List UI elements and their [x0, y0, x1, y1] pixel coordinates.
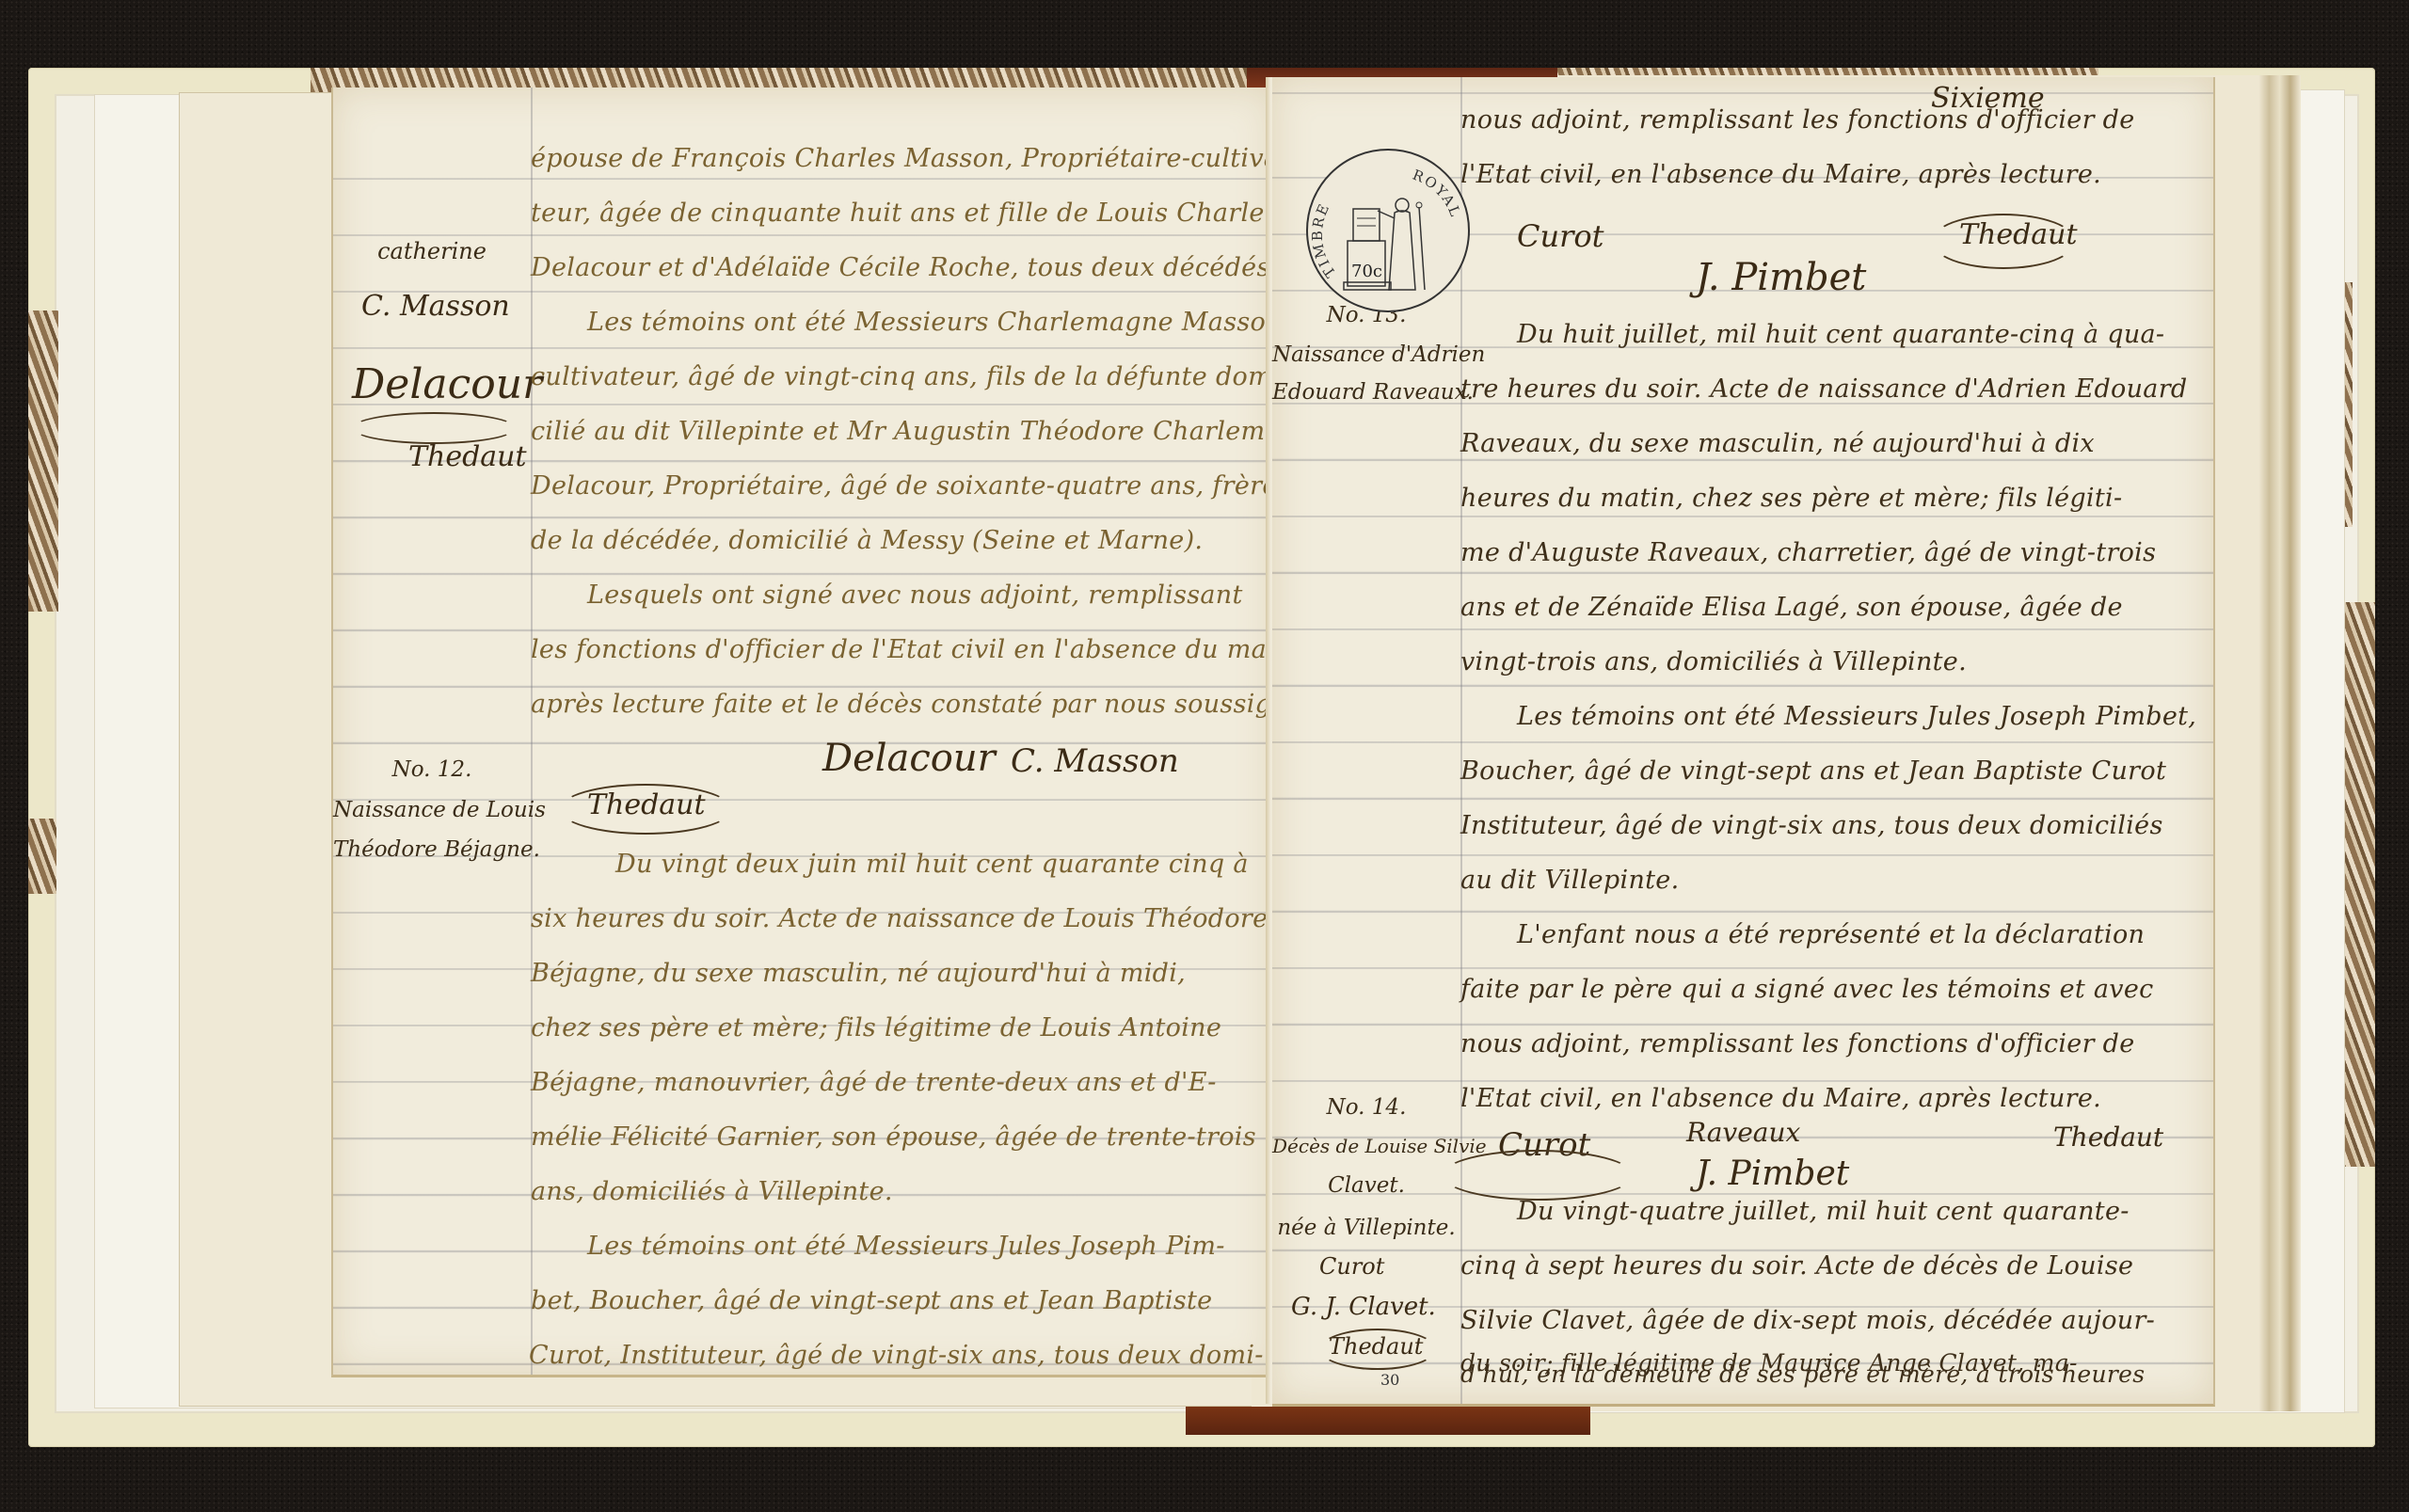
text-line: Les témoins ont été Messieurs Jules Jose…	[1517, 702, 2196, 731]
signature: Delacour	[822, 737, 996, 780]
text-line: Béjagne, manouvrier, âgé de trente-deux …	[531, 1068, 1217, 1097]
margin-correction: catherine	[343, 238, 521, 264]
text-line: Instituteur, âgé de vingt-six ans, tous …	[1460, 811, 2163, 840]
spine-leather-bottom	[1186, 1407, 1590, 1435]
text-line: au dit Villepinte.	[1460, 866, 1679, 895]
margin-note: née à Villepinte.	[1272, 1216, 1460, 1240]
signature: C. Masson	[1011, 742, 1179, 780]
signature: J. Pimbet	[1696, 1154, 1849, 1193]
text-line: L'enfant nous a été représenté et la déc…	[1517, 920, 2145, 949]
text-line: nous adjoint, remplissant les fonctions …	[1460, 1029, 2135, 1058]
signature: Curot	[1517, 218, 1604, 254]
left-page: catherine C. Masson Delacour Thedaut No.…	[331, 88, 1274, 1377]
text-line: l'Etat civil, en l'absence du Maire, apr…	[1460, 160, 2101, 189]
text-line: cultivateur, âgé de vingt-cinq ans, fils…	[531, 362, 1289, 391]
svg-text:ROYAL: ROYAL	[1410, 167, 1464, 221]
text-line: ans et de Zénaïde Elisa Lagé, son épouse…	[1460, 593, 2123, 622]
text-line: Du vingt-quatre juillet, mil huit cent q…	[1517, 1197, 2130, 1226]
signature-flourish	[352, 412, 516, 444]
text-line: nous adjoint, remplissant les fonctions …	[1460, 105, 2135, 135]
text-line: chez ses père et mère; fils légitime de …	[531, 1013, 1221, 1042]
margin-signature: Delacour	[352, 360, 542, 408]
text-line: Du huit juillet, mil huit cent quarante-…	[1517, 320, 2164, 349]
margin-signature: Curot	[1319, 1253, 1384, 1280]
text-line: après lecture faite et le décès constaté…	[531, 690, 1312, 719]
signature-flourish	[1931, 214, 2076, 269]
text-line: les fonctions d'officier de l'Etat civil…	[531, 635, 1311, 664]
entry-number: No. 14.	[1272, 1095, 1460, 1120]
entry-title: Naissance d'Adrien	[1272, 342, 1460, 367]
text-line: Les témoins ont été Messieurs Charlemagn…	[587, 308, 1283, 337]
stamp-emblem-icon: TIMBRE ROYAL	[1308, 151, 1468, 310]
text-line: vingt-trois ans, domiciliés à Villepinte…	[1460, 647, 1967, 676]
entry-title: Théodore Béjagne.	[333, 837, 531, 862]
entry-title: Naissance de Louis	[333, 798, 531, 822]
margin-signature: G. J. Clavet.	[1291, 1293, 1436, 1321]
text-line: de la décédée, domicilié à Messy (Seine …	[531, 526, 1203, 555]
text-line: Curot, Instituteur, âgé de vingt-six ans…	[529, 1341, 1264, 1370]
marbled-binding-left-lower	[28, 819, 56, 894]
marbled-binding-left	[28, 310, 58, 612]
text-line: Boucher, âgé de vingt-sept ans et Jean B…	[1460, 756, 2166, 786]
signature: Thedaut	[2053, 1122, 2163, 1153]
text-line: ans, domiciliés à Villepinte.	[531, 1177, 893, 1206]
entry-number: No. 12.	[333, 757, 531, 782]
text-line: tre heures du soir. Acte de naissance d'…	[1460, 374, 2188, 404]
text-line: l'Etat civil, en l'absence du Maire, apr…	[1460, 1084, 2101, 1113]
text-line: épouse de François Charles Masson, Propr…	[531, 144, 1288, 173]
signature-flourish	[1319, 1329, 1436, 1370]
page-number: 30	[1380, 1371, 1399, 1389]
signature-flourish	[559, 784, 732, 835]
text-line: Béjagne, du sexe masculin, né aujourd'hu…	[531, 959, 1186, 988]
text-line: faite par le père qui a signé avec les t…	[1460, 975, 2154, 1004]
text-line: du soir; fille légitime de Maurice Ange …	[1460, 1349, 2078, 1377]
stamp-value: 70c	[1351, 262, 1382, 281]
margin-signature: C. Masson	[361, 290, 510, 323]
text-line: Delacour, Propriétaire, âgé de soixante-…	[531, 471, 1278, 501]
text-line: me d'Auguste Raveaux, charretier, âgé de…	[1460, 538, 2156, 567]
royal-tax-stamp: TIMBRE ROYAL 70c	[1306, 149, 1470, 312]
text-line: heures du matin, chez ses père et mère; …	[1460, 484, 2122, 513]
text-line: Lesquels ont signé avec nous adjoint, re…	[587, 581, 1243, 610]
text-line: Delacour et d'Adélaïde Cécile Roche, tou…	[531, 253, 1279, 282]
text-line: cilié au dit Villepinte et Mr Augustin T…	[531, 417, 1329, 446]
text-line: Raveaux, du sexe masculin, né aujourd'hu…	[1460, 429, 2095, 458]
signature-flourish	[1442, 1150, 1634, 1201]
text-line: Silvie Clavet, âgée de dix-sept mois, dé…	[1460, 1306, 2155, 1335]
signature: J. Pimbet	[1696, 256, 1866, 299]
entry-title: Edouard Raveaux.	[1272, 380, 1460, 405]
text-line: bet, Boucher, âgé de vingt-sept ans et J…	[531, 1286, 1212, 1315]
text-line: Du vingt deux juin mil huit cent quarant…	[615, 850, 1249, 879]
text-line: mélie Félicité Garnier, son épouse, âgée…	[531, 1122, 1256, 1152]
svg-text:TIMBRE: TIMBRE	[1309, 200, 1339, 281]
text-line: Les témoins ont été Messieurs Jules Jose…	[587, 1232, 1225, 1261]
text-line: teur, âgée de cinquante huit ans et fill…	[531, 199, 1353, 228]
signature: Raveaux	[1686, 1117, 1800, 1148]
margin-signature: Thedaut	[408, 440, 527, 473]
text-line: six heures du soir. Acte de naissance de…	[531, 904, 1268, 933]
text-line: cinq à sept heures du soir. Acte de décè…	[1460, 1251, 2133, 1281]
entry-title: Clavet.	[1272, 1173, 1460, 1198]
entry-title: Décès de Louise Silvie	[1272, 1135, 1460, 1157]
